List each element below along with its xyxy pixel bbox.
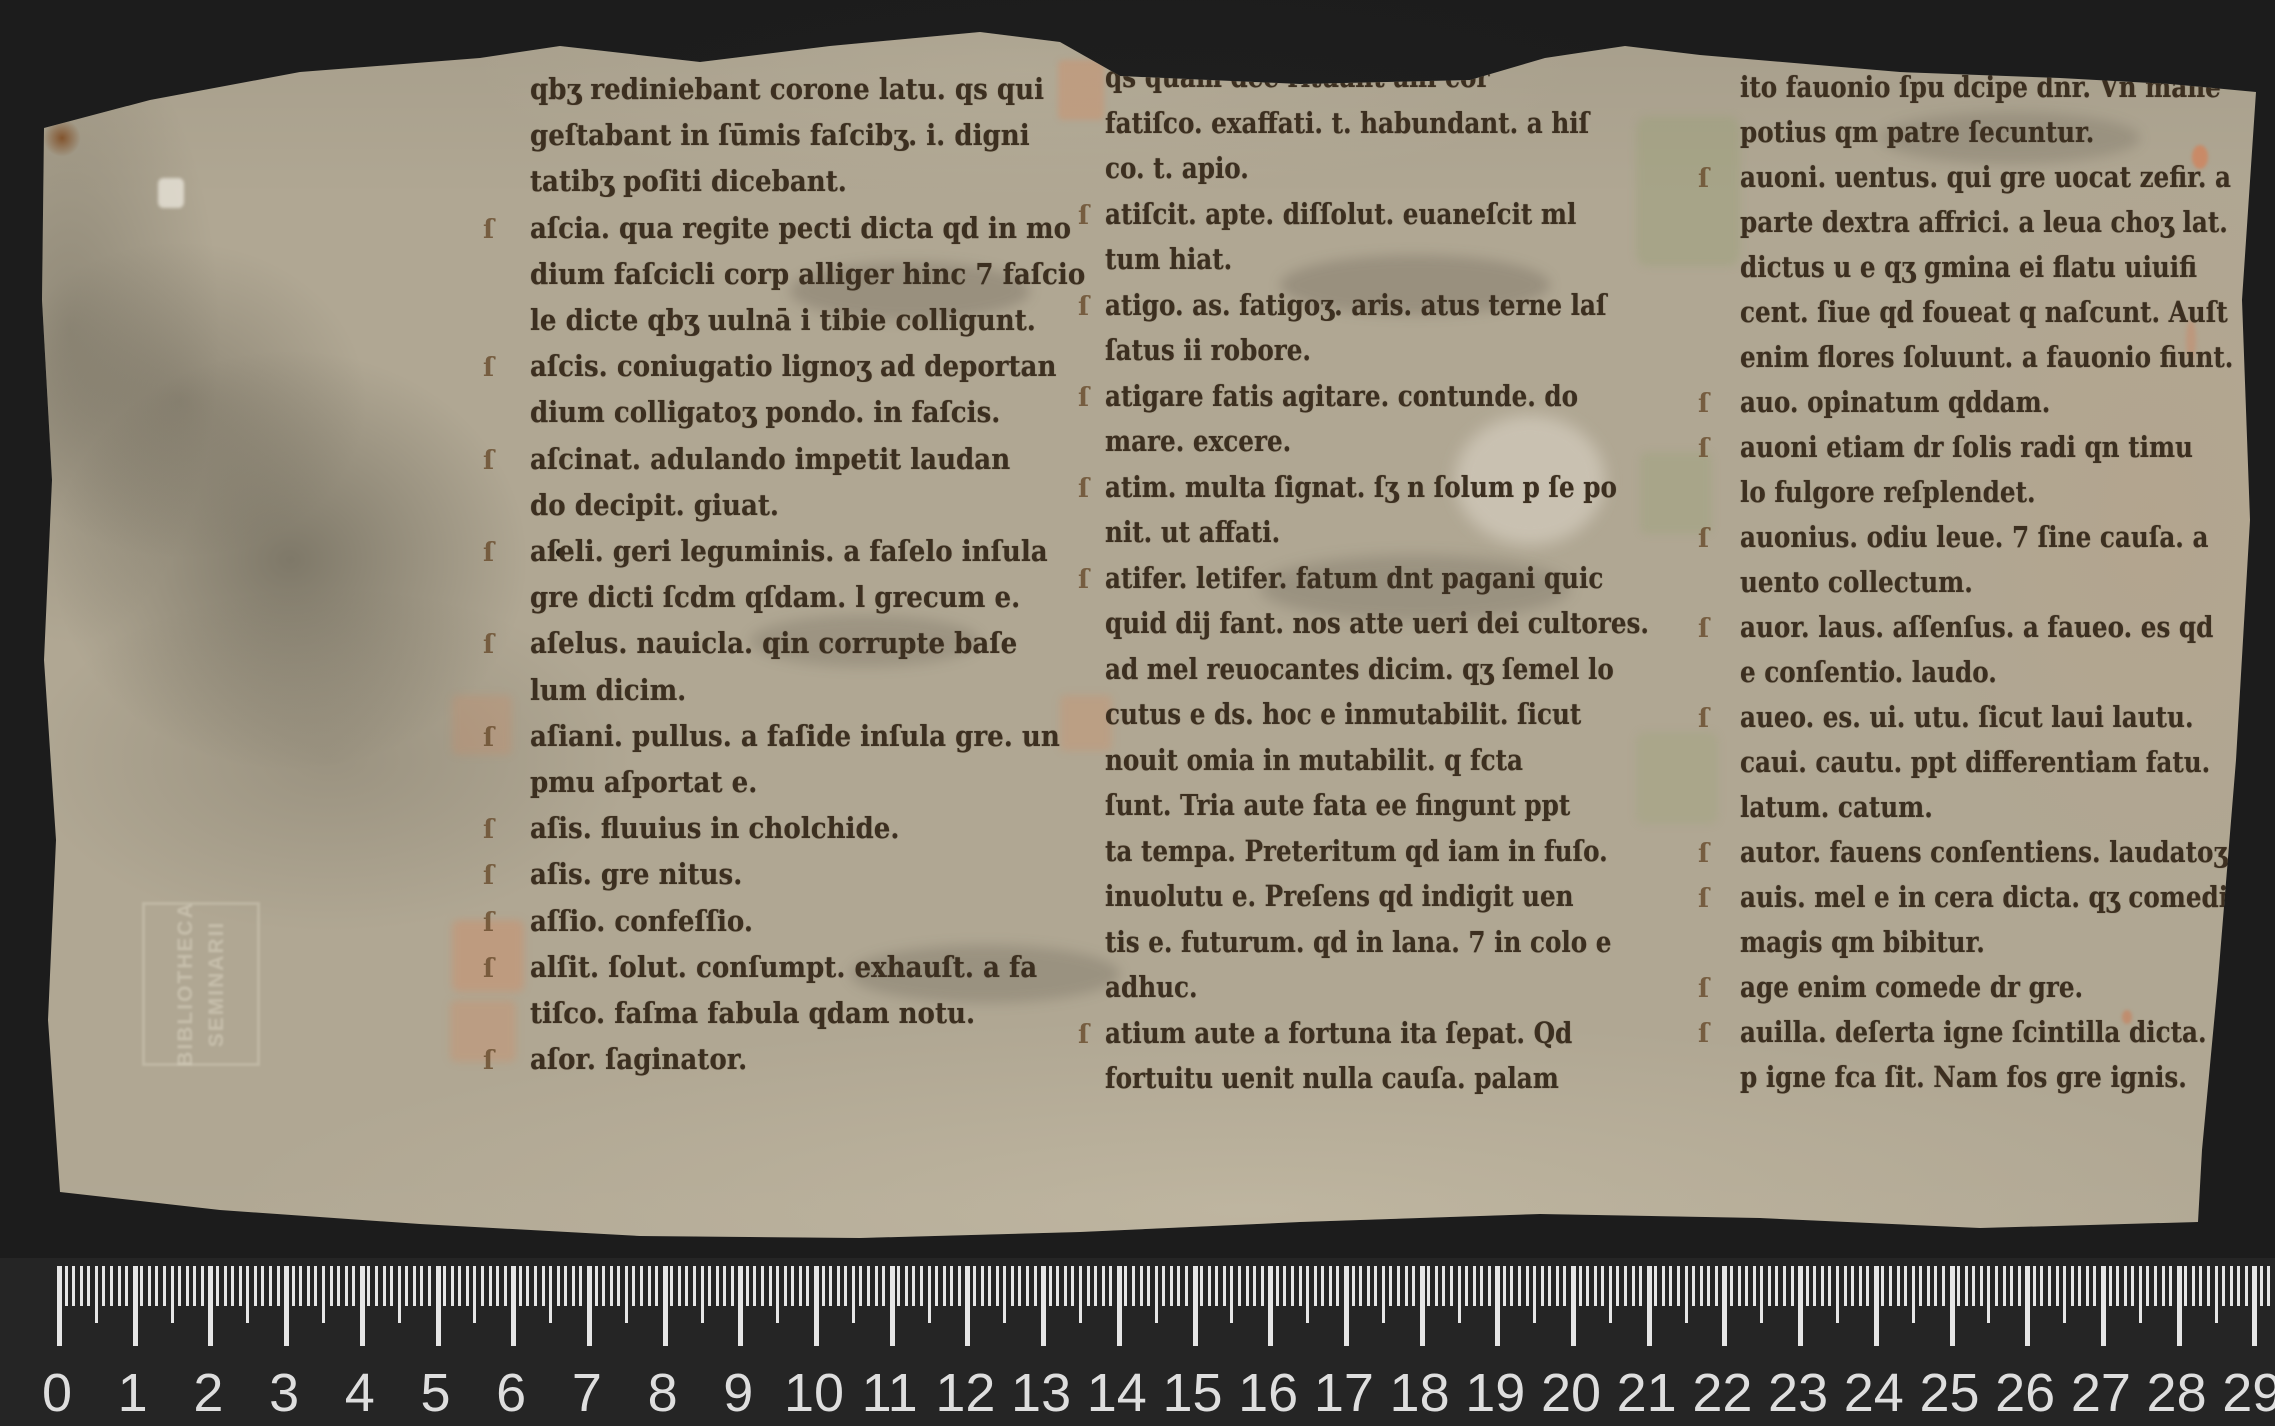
ruler-tick [928,1266,931,1323]
paragraph-mark: ſ [1078,474,1089,504]
paragraph-mark: ſ [1698,524,1709,554]
ruler-tick [80,1266,83,1306]
ruler-tick [208,1266,213,1346]
ruler-tick [1556,1266,1559,1306]
ruler-tick [1450,1266,1453,1306]
text-line: p igne fca ſit. Nam fos gre ignis. [1740,1060,2187,1094]
text-line: aſis. gre nitus. [530,857,742,891]
ruler-tick [1738,1266,1741,1306]
ruler-tick [716,1266,719,1306]
text-line: auonius. odiu leue. 7 ſine cauſa. a [1740,520,2208,554]
ruler-tick [2109,1266,2112,1306]
ruler-tick [882,1266,885,1306]
text-line: enim flores ſoluunt. a fauonio fiunt. [1740,340,2233,374]
ruler-tick [239,1266,242,1306]
paragraph-mark: ſ [483,723,494,753]
paragraph-mark: ſ [483,353,494,383]
ruler-tick [1571,1266,1576,1346]
ruler-tick [2086,1266,2089,1306]
text-line: atium aute a fortuna ita ſepat. Qd [1105,1016,1572,1050]
ruler-tick [1632,1266,1635,1306]
paragraph-mark: ſ [1698,164,1709,194]
ruler-tick [2131,1266,2134,1306]
ruler-tick [481,1266,484,1306]
ruler-tick [2199,1266,2202,1306]
ruler-tick [769,1266,772,1306]
library-stamp-line1: BIBLIOTHECA [170,901,202,1067]
text-line: co. t. apio. [1105,151,1249,185]
ruler-tick [1011,1266,1014,1306]
red-pigment-spot [2248,858,2260,876]
paragraph-mark: ſ [483,815,494,845]
ruler-tick [1700,1266,1703,1306]
ruler-tick [1995,1266,1998,1306]
ruler-tick [1352,1266,1355,1306]
text-line: nouit omia in mutabilit. q fcta [1105,743,1523,777]
ruler-tick [784,1266,787,1306]
ruler-tick [988,1266,991,1306]
ruler-tick [867,1266,870,1306]
ruler-tick [1745,1266,1748,1306]
ruler-tick [905,1266,908,1306]
ruler-tick [1412,1266,1415,1306]
ruler-tick [1094,1266,1097,1306]
measuring-ruler: 0123456789101112131415161718192021222324… [0,1258,2275,1426]
ruler-tick [1881,1266,1884,1306]
ruler-tick [859,1266,862,1306]
text-line: tis e. futurum. qd in lana. 7 in colo e [1105,925,1611,959]
ruler-tick [2003,1266,2006,1306]
library-stamp-line2: SEMINARII [201,921,233,1048]
ruler-tick [1382,1266,1385,1323]
ruler-tick [1276,1266,1279,1306]
ruler-tick [496,1266,499,1306]
ruler-tick [1775,1266,1778,1306]
ruler-tick [1609,1266,1612,1323]
paragraph-mark: ſ [1698,839,1709,869]
text-line: adhuc. [1105,970,1198,1004]
ruler-tick [1768,1266,1771,1306]
ruler-tick [246,1266,249,1323]
ruler-tick [1117,1266,1122,1346]
ruler-tick [1730,1266,1733,1306]
ruler-tick [1291,1266,1294,1306]
text-line: caui. cautu. ppt differentiam fatu. [1740,745,2210,779]
ruler-tick [1064,1266,1067,1306]
text-line: mare. excere. [1105,424,1291,458]
text-line: tatibʒ poſiti dicebant. [530,164,847,198]
ruler-tick [1140,1266,1143,1306]
ruler-tick [2154,1266,2157,1306]
ruler-tick [1056,1266,1059,1306]
ruler-tick [1957,1266,1960,1306]
ruler-tick [625,1266,628,1323]
text-line: quid dij fant. nos atte ueri dei cultore… [1105,606,1649,640]
ruler-tick [799,1266,802,1306]
ruler-tick [2237,1266,2240,1306]
ruler-tick [1374,1266,1377,1306]
ruler-tick [345,1266,348,1306]
ruler-tick [277,1266,280,1306]
ruler-tick [557,1266,560,1306]
ruler-tick [1715,1266,1718,1306]
ruler-tick [1268,1266,1273,1346]
text-line: cutus e ds. hoc e inmutabilit. ſicut [1105,697,1581,731]
ruler-tick [602,1266,605,1306]
ruler-tick [360,1266,365,1346]
text-line: pmu aſportat e. [530,765,757,799]
text-line: auor. laus. aſſenſus. a faueo. es qd [1740,610,2213,644]
verso-initial-ghost [1636,732,1718,824]
verso-initial-ghost [1636,116,1740,266]
text-line: fortuitu uenit nulla cauſa. palam [1105,1061,1559,1095]
ruler-tick [428,1266,431,1306]
paragraph-mark: ſ [483,538,494,568]
ruler-tick [224,1266,227,1306]
ruler-tick [549,1266,552,1323]
chalk-mark [158,178,184,208]
paragraph-mark: ſ [1078,292,1089,322]
ruler-tick [110,1266,113,1306]
ruler-tick [958,1266,961,1306]
text-line: auo. opinatum qddam. [1740,385,2050,419]
ruler-tick [1579,1266,1582,1306]
ruler-tick [1518,1266,1521,1306]
text-line: aſelus. nauicla. qin corrupte baſe [530,626,1017,660]
ruler-tick [451,1266,454,1306]
ruler-tick [1503,1266,1506,1306]
text-line: aſcis. coniugatio lignoʒ ad deportan [530,349,1056,383]
ruler-tick [610,1266,613,1306]
ruler-tick [2116,1266,2119,1306]
ruler-tick [72,1266,75,1306]
ruler-tick [1018,1266,1021,1306]
ruler-tick [693,1266,696,1306]
ruler-tick [852,1266,855,1323]
ruler-tick [844,1266,847,1306]
parchment-fragment: BIBLIOTHECA SEMINARII qbʒ rediniebant co… [0,0,2275,1426]
ruler-tick [1654,1266,1657,1306]
ruler-tick [330,1266,333,1306]
ruler-tick [2207,1266,2210,1306]
ruler-tick [65,1266,68,1306]
ruler-tick [1806,1266,1809,1306]
ruler-tick [1791,1266,1794,1306]
ruler-tick [1594,1266,1597,1306]
ruler-tick [504,1266,507,1306]
ruler-tick [125,1266,128,1306]
ruler-tick [390,1266,393,1306]
ruler-tick [2222,1266,2225,1306]
ruler-tick [943,1266,946,1306]
text-line: aſcia. qua regite pecti dicta qd in mo [530,211,1071,245]
paragraph-mark: ſ [1698,1019,1709,1049]
ruler-tick [1548,1266,1551,1306]
ruler-tick [118,1266,121,1306]
ruler-tick [632,1266,635,1306]
paragraph-mark: ſ [483,446,494,476]
ruler-tick [178,1266,181,1306]
ruler-tick [1132,1266,1135,1306]
text-line: geſtabant in ſūmis faſcibʒ. i. digni [530,118,1030,152]
ruler-tick [617,1266,620,1306]
text-line: inuolutu e. Preſens qd indigit uen [1105,879,1574,913]
ruler-tick [1102,1266,1105,1306]
paragraph-mark: ſ [1698,974,1709,1004]
text-line: potius qm patre ſecuntur. [1740,115,2094,149]
paragraph-mark: ſ [483,954,494,984]
text-line: gre dicti ſcdm qſdam. l grecum e. [530,580,1020,614]
ruler-tick [1306,1266,1309,1323]
ruler-tick [1442,1266,1445,1306]
text-line: tum hiat. [1105,242,1232,276]
text-line: lum dicim. [530,673,686,707]
ruler-tick [1427,1266,1430,1306]
text-line: qs quam dee rituant ani cor [1105,60,1489,94]
ruler-tick [1435,1266,1438,1306]
ruler-tick [2093,1266,2096,1306]
ruler-tick [1897,1266,1900,1306]
ruler-tick [996,1266,999,1306]
paragraph-mark: ſ [1078,383,1089,413]
ruler-tick [1003,1266,1006,1323]
ruler-tick [284,1266,289,1346]
ruler-tick [1866,1266,1869,1306]
ruler-tick [1185,1266,1188,1306]
paragraph-mark: ſ [1698,704,1709,734]
manuscript-photo: BIBLIOTHECA SEMINARII qbʒ rediniebant co… [0,0,2275,1426]
ruler-number: 29 [2207,1362,2275,1424]
ruler-tick [1760,1266,1763,1323]
paragraph-mark: ſ [1698,614,1709,644]
ruler-tick [640,1266,643,1306]
paragraph-mark: ſ [1078,565,1089,595]
ruler-tick [1813,1266,1816,1306]
ruler-tick [965,1266,970,1346]
ruler-tick [1859,1266,1862,1306]
ruler-tick [1109,1266,1112,1306]
text-line: atifer. letifer. fatum dnt pagani quic [1105,561,1603,595]
ruler-tick [1238,1266,1241,1306]
ruler-tick [670,1266,673,1306]
ruler-tick [648,1266,651,1306]
text-line: aueo. es. ui. utu. ſicut laui lautu. [1740,700,2194,734]
ruler-tick [2230,1266,2233,1306]
ruler-tick [2101,1266,2106,1346]
text-line: ito fauonio ſpu dcipe dnr. Vn mane [1740,70,2221,104]
ruler-tick [2245,1266,2248,1306]
ruler-tick [1147,1266,1150,1306]
ruler-tick [1246,1266,1249,1306]
ruler-tick [1230,1266,1233,1323]
ruler-tick [314,1266,317,1306]
ruler-tick [1919,1266,1922,1306]
ruler-tick [458,1266,461,1306]
ruler-tick [1071,1266,1074,1306]
ruler-tick [1616,1266,1619,1306]
ruler-tick [1980,1266,1983,1306]
ruler-tick [837,1266,840,1306]
ruler-tick [920,1266,923,1306]
text-line: lo fulgore reſplendet. [1740,475,2036,509]
ruler-tick [2010,1266,2013,1306]
verso-initial-ghost [1640,452,1712,534]
ruler-tick [2139,1266,2142,1323]
ruler-tick [511,1266,516,1346]
ruler-tick [678,1266,681,1306]
ruler-tick [2078,1266,2081,1306]
ruler-tick [1473,1266,1476,1306]
ruler-tick [1624,1266,1627,1306]
ruler-tick [1601,1266,1604,1306]
ruler-tick [269,1266,272,1306]
ruler-tick [2215,1266,2218,1323]
ruler-tick [1836,1266,1839,1323]
text-line: qbʒ rediniebant corone latu. qs qui [530,72,1044,106]
ruler-tick [587,1266,592,1346]
ruler-tick [1662,1266,1665,1306]
ruler-tick [1722,1266,1727,1346]
verso-initial-ghost [1058,60,1104,120]
ruler-tick [1753,1266,1756,1306]
ruler-tick [950,1266,953,1306]
ruler-tick [1397,1266,1400,1306]
ruler-tick [352,1266,355,1306]
ruler-tick [1367,1266,1370,1306]
text-line: auilla. deſerta igne ſcintilla dicta. q [1740,1015,2232,1049]
ruler-tick [1934,1266,1937,1306]
ruler-tick [1389,1266,1392,1306]
ruler-tick [231,1266,234,1306]
ruler-tick [701,1266,704,1323]
ruler-tick [473,1266,476,1323]
ruler-tick [1828,1266,1831,1306]
ruler-tick [746,1266,749,1306]
ruler-tick [216,1266,219,1306]
ruler-tick [102,1266,105,1306]
ruler-tick [829,1266,832,1306]
ruler-tick [595,1266,598,1306]
ruler-tick [2169,1266,2172,1306]
paragraph-mark: ſ [483,861,494,891]
ruler-tick [1170,1266,1173,1306]
text-line: dium faſcicli corp alliger hinc 7 faſcio [530,257,1085,291]
ruler-tick [1685,1266,1688,1323]
ruler-tick [738,1266,743,1346]
text-line: atim. multa ſignat. ſʒ n ſolum p ſe po [1105,470,1617,504]
ruler-tick [1223,1266,1226,1306]
text-line: aſſio. confeſſio. [530,904,753,938]
ruler-tick [1124,1266,1127,1306]
ruler-tick [1912,1266,1915,1323]
ruler-tick [1533,1266,1536,1323]
ruler-tick [1465,1266,1468,1306]
ruler-tick [2267,1266,2270,1306]
ruler-tick [171,1266,174,1323]
ruler-tick [133,1266,138,1346]
paragraph-mark: ſ [1078,1020,1089,1050]
ruler-tick [1904,1266,1907,1306]
ruler-tick [2018,1266,2021,1306]
ruler-tick [186,1266,189,1306]
ruler-tick [2071,1266,2074,1306]
text-line: ta tempa. Preteritum qd iam in fuſo. [1105,834,1608,868]
ruler-tick [2252,1266,2257,1346]
ruler-tick [1344,1266,1349,1346]
ruler-tick [2040,1266,2043,1306]
ruler-tick [564,1266,567,1306]
ruler-tick [1208,1266,1211,1306]
ruler-tick [1783,1266,1786,1306]
ruler-tick [1563,1266,1566,1306]
ruler-tick [1087,1266,1090,1306]
ruler-tick [1026,1266,1029,1306]
ruler-tick [2056,1266,2059,1306]
paragraph-mark: ſ [1078,201,1089,231]
ruler-tick [1177,1266,1180,1306]
ruler-tick [2033,1266,2036,1306]
ruler-tick [731,1266,734,1306]
ruler-tick [367,1266,370,1306]
ruler-tick [761,1266,764,1306]
ruler-tick [655,1266,658,1306]
ruler-tick [890,1266,895,1346]
ruler-tick [1162,1266,1165,1306]
ruler-tick [723,1266,726,1306]
text-line: auis. mel e in cera dicta. qʒ comedit [1740,880,2240,914]
text-line: parte dextra affrici. a leua choʒ lat. [1740,205,2228,239]
ruler-tick [1193,1266,1198,1346]
ruler-tick [1889,1266,1892,1306]
ruler-tick [2177,1266,2182,1346]
ruler-tick [2146,1266,2149,1306]
ruler-tick [1405,1266,1408,1306]
text-line: tiſco. faſma fabula qdam notu. [530,996,975,1030]
ruler-tick [1639,1266,1642,1306]
text-line: latum. catum. [1740,790,1933,824]
ruler-tick [2192,1266,2195,1306]
ruler-tick [1336,1266,1339,1306]
text-line: uento collectum. [1740,565,1973,599]
ruler-tick [1283,1266,1286,1306]
ruler-tick [1510,1266,1513,1306]
ruler-tick [572,1266,575,1306]
ruler-tick [57,1266,62,1346]
text-line: atiſcit. apte. diſſolut. euaneſcit ml [1105,197,1576,231]
ruler-tick [1314,1266,1317,1306]
ruler-tick [95,1266,98,1323]
text-line: atigare fatis agitare. contunde. do [1105,379,1578,413]
ruler-tick [1586,1266,1589,1306]
ruler-tick [2025,1266,2030,1346]
ruler-tick [420,1266,423,1306]
ruler-tick [1541,1266,1544,1306]
text-line: do decipit. giuat. [530,488,779,522]
ruler-tick [935,1266,938,1306]
ruler-tick [1821,1266,1824,1306]
ruler-tick [875,1266,878,1306]
ruler-tick [1874,1266,1879,1346]
ruler-tick [1458,1266,1461,1323]
ruler-tick [2162,1266,2165,1306]
library-stamp: BIBLIOTHECA SEMINARII [142,902,254,1060]
ruler-tick [1253,1266,1256,1306]
text-line: nit. ut affati. [1105,515,1280,549]
ruler-tick [519,1266,522,1306]
ruler-tick [1677,1266,1680,1306]
paragraph-mark: ſ [1698,434,1709,464]
ruler-tick [973,1266,976,1306]
